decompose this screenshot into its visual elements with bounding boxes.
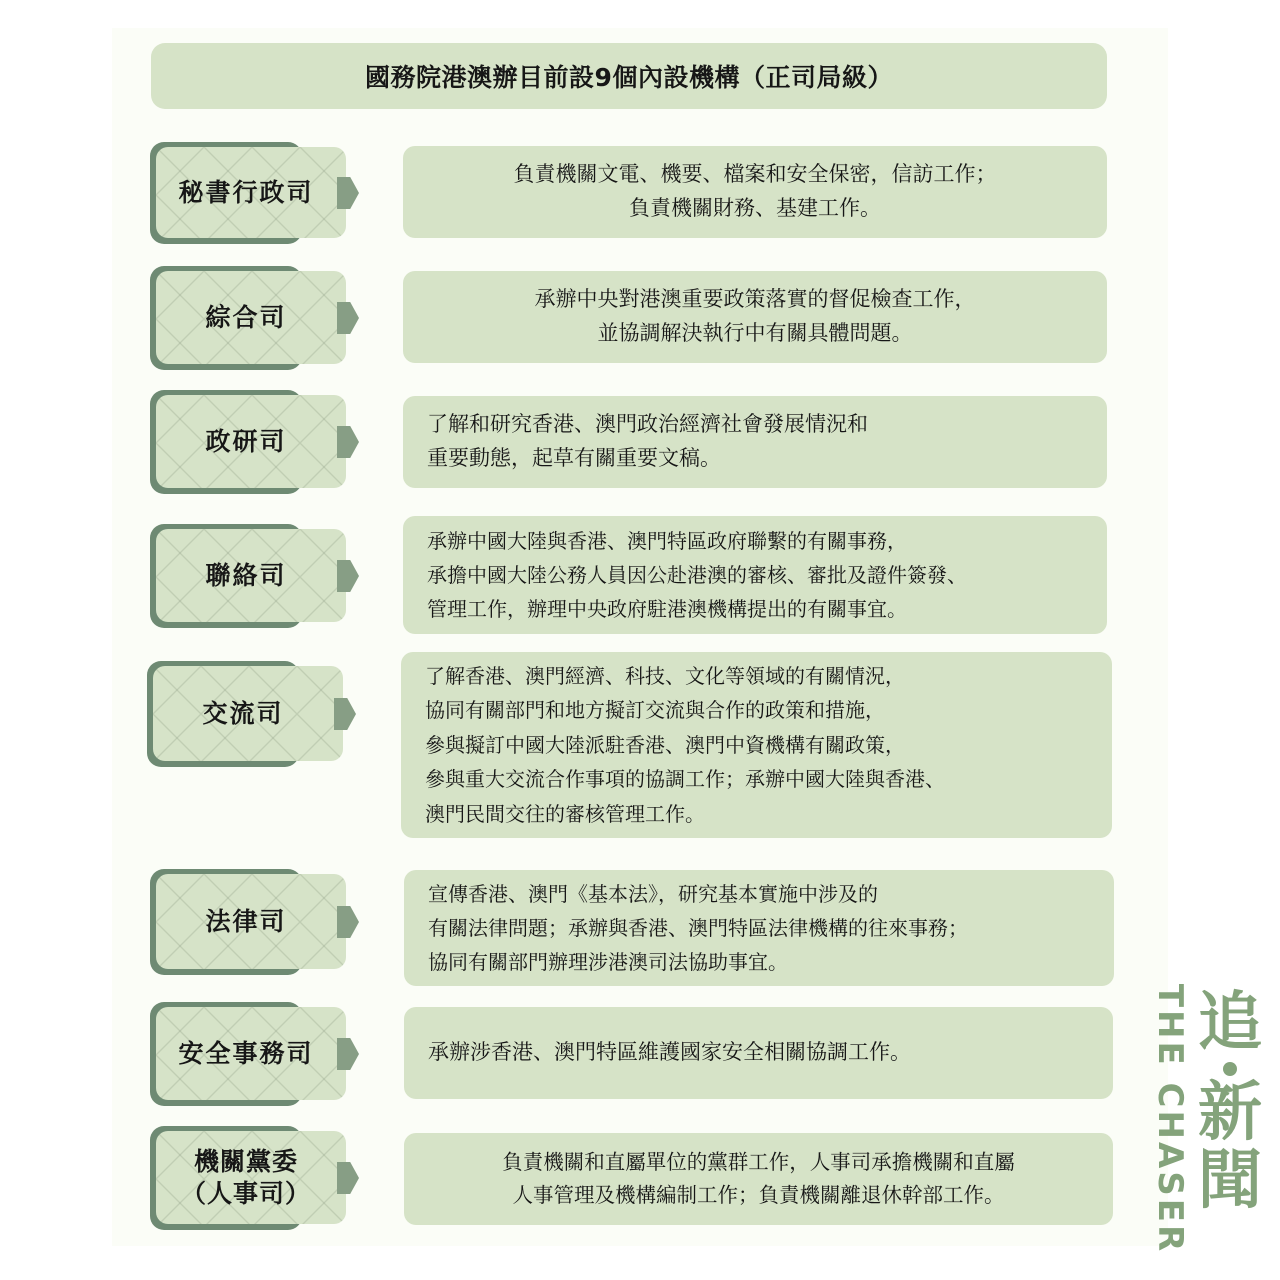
tag-body: 聯絡司 <box>156 529 346 622</box>
description-line: 宣傳香港、澳門《基本法》，研究基本實施中涉及的 <box>428 877 1090 911</box>
tag-body: 秘書行政司 <box>156 147 346 238</box>
description-line: 協同有關部門和地方擬訂交流與合作的政策和措施， <box>425 693 1088 727</box>
description-line: 有關法律問題；承辦與香港、澳門特區法律機構的往來事務； <box>428 911 1090 945</box>
description-line: 負責機關和直屬單位的黨群工作，人事司承擔機關和直屬 <box>428 1146 1089 1179</box>
arrow-right-icon <box>337 302 359 334</box>
logo-char: 新 <box>1198 1080 1262 1148</box>
description-line: 重要動態，起草有關重要文稿。 <box>427 442 1083 476</box>
department-tag-party-committee: 機關黨委 （人事司） <box>150 1126 362 1230</box>
logo-english-text: THE CHASER <box>1150 994 1190 1244</box>
description-line: 協同有關部門辦理涉港澳司法協助事宜。 <box>428 945 1090 979</box>
tag-body: 政研司 <box>156 395 346 488</box>
department-name: 交流司 <box>202 698 293 729</box>
logo-chinese-text: 追 新 聞 <box>1194 990 1266 1215</box>
description-line: 參與重大交流合作事項的協調工作；承辦中國大陸與香港、 <box>425 762 1088 796</box>
logo-char: 追 <box>1198 990 1262 1058</box>
tag-body: 法律司 <box>156 874 346 969</box>
arrow-right-icon <box>337 1038 359 1070</box>
tag-body: 交流司 <box>153 666 343 761</box>
arrow-right-icon <box>337 426 359 458</box>
department-name: 法律司 <box>205 906 296 937</box>
tag-body: 機關黨委 （人事司） <box>156 1131 346 1224</box>
description-line: 承辦涉香港、澳門特區維護國家安全相關協調工作。 <box>428 1036 1089 1070</box>
department-name: 秘書行政司 <box>178 177 323 208</box>
arrow-right-icon <box>337 177 359 209</box>
department-name: 政研司 <box>205 426 296 457</box>
department-name: 聯絡司 <box>205 560 296 591</box>
department-tag-liaison: 聯絡司 <box>150 524 362 628</box>
department-tag-legal: 法律司 <box>150 869 362 975</box>
arrow-right-icon <box>337 1162 359 1194</box>
description-line: 參與擬訂中國大陸派駐香港、澳門中資機構有關政策， <box>425 728 1088 762</box>
department-tag-security-affairs: 安全事務司 <box>150 1002 362 1106</box>
logo-char: 聞 <box>1198 1148 1262 1216</box>
department-name-line: （人事司） <box>181 1178 311 1209</box>
department-name: 安全事務司 <box>178 1038 323 1069</box>
description-line: 了解和研究香港、澳門政治經濟社會發展情況和 <box>427 408 1083 442</box>
description-line: 負責機關財務、基建工作。 <box>427 192 1083 226</box>
department-tag-secretariat: 秘書行政司 <box>150 142 362 244</box>
the-chaser-logo: THE CHASER 追 新 聞 <box>1148 990 1266 1248</box>
department-tag-general: 綜合司 <box>150 266 362 370</box>
department-name: 綜合司 <box>205 302 296 333</box>
tag-body: 安全事務司 <box>156 1007 346 1100</box>
description-line: 承辦中國大陸與香港、澳門特區政府聯繫的有關事務， <box>427 524 1083 558</box>
description-line: 了解香港、澳門經濟、科技、文化等領域的有關情況， <box>425 659 1088 693</box>
title-banner: 國務院港澳辦目前設9個內設機構（正司局級） <box>151 43 1107 109</box>
department-description-secretariat: 負責機關文電、機要、檔案和安全保密，信訪工作； 負責機關財務、基建工作。 <box>403 146 1107 238</box>
department-tag-policy-research: 政研司 <box>150 390 362 494</box>
department-description-legal: 宣傳香港、澳門《基本法》，研究基本實施中涉及的 有關法律問題；承辦與香港、澳門特… <box>404 870 1114 986</box>
description-line: 承擔中國大陸公務人員因公赴港澳的審核、審批及證件簽發、 <box>427 558 1083 592</box>
description-line: 管理工作，辦理中央政府駐港澳機構提出的有關事宜。 <box>427 592 1083 626</box>
description-line: 澳門民間交往的審核管理工作。 <box>425 797 1088 831</box>
arrow-right-icon <box>337 906 359 938</box>
description-line: 並協調解決執行中有關具體問題。 <box>427 317 1083 351</box>
department-name-line: 機關黨委 <box>181 1146 311 1177</box>
description-line: 人事管理及機構編制工作；負責機關離退休幹部工作。 <box>428 1179 1089 1212</box>
page-title: 國務院港澳辦目前設9個內設機構（正司局級） <box>365 58 893 94</box>
department-description-party-committee: 負責機關和直屬單位的黨群工作，人事司承擔機關和直屬 人事管理及機構編制工作；負責… <box>404 1133 1113 1225</box>
logo-dot-icon <box>1223 1062 1237 1076</box>
arrow-right-icon <box>334 698 356 730</box>
department-description-liaison: 承辦中國大陸與香港、澳門特區政府聯繫的有關事務， 承擔中國大陸公務人員因公赴港澳… <box>403 516 1107 634</box>
description-line: 負責機關文電、機要、檔案和安全保密，信訪工作； <box>427 158 1083 192</box>
tag-body: 綜合司 <box>156 271 346 364</box>
arrow-right-icon <box>337 560 359 592</box>
department-tag-exchange: 交流司 <box>147 661 359 767</box>
department-description-general: 承辦中央對港澳重要政策落實的督促檢查工作， 並協調解決執行中有關具體問題。 <box>403 271 1107 363</box>
description-line: 承辦中央對港澳重要政策落實的督促檢查工作， <box>427 283 1083 317</box>
department-description-security-affairs: 承辦涉香港、澳門特區維護國家安全相關協調工作。 <box>404 1007 1113 1099</box>
department-description-exchange: 了解香港、澳門經濟、科技、文化等領域的有關情況， 協同有關部門和地方擬訂交流與合… <box>401 652 1112 838</box>
department-description-policy-research: 了解和研究香港、澳門政治經濟社會發展情況和 重要動態，起草有關重要文稿。 <box>403 396 1107 488</box>
department-name: 機關黨委 （人事司） <box>181 1146 321 1209</box>
